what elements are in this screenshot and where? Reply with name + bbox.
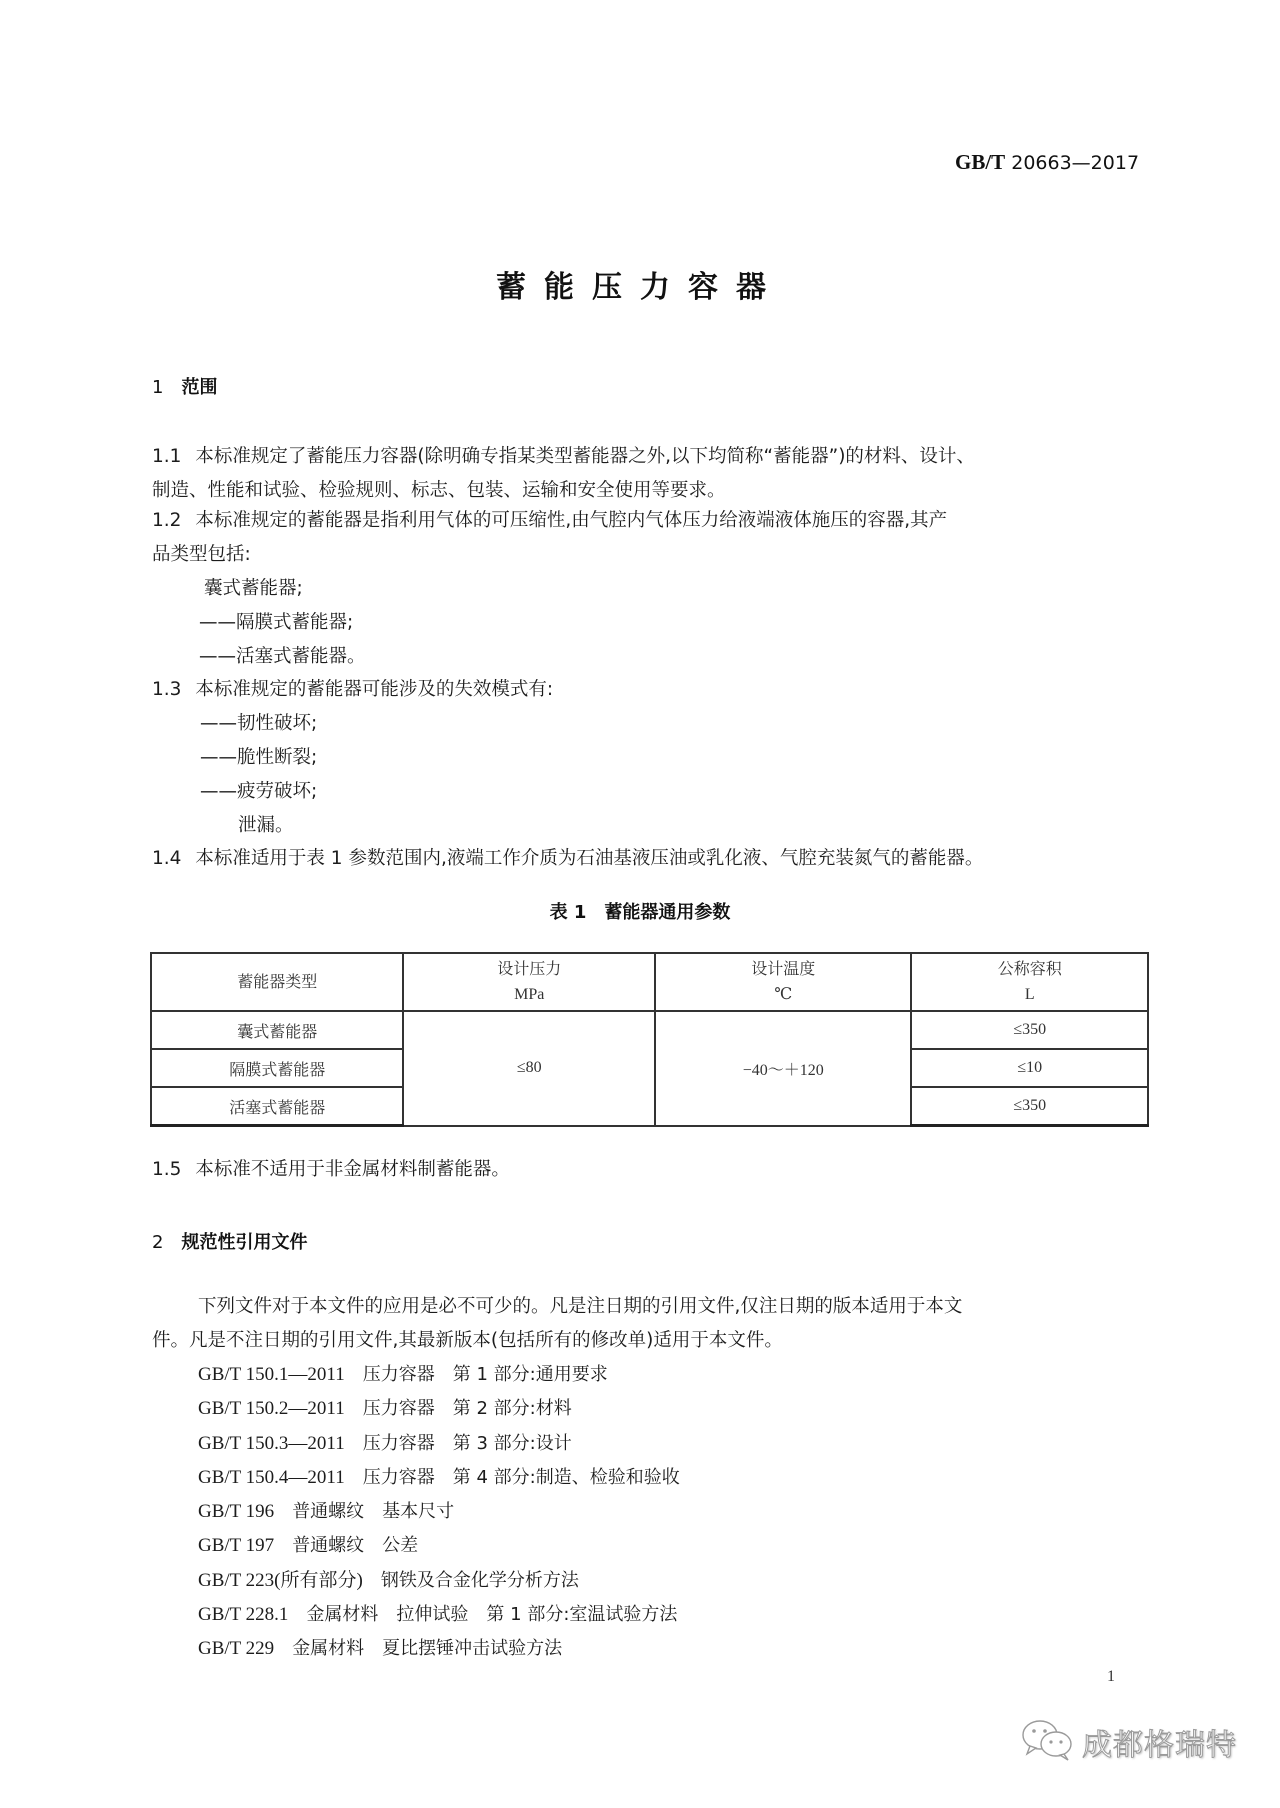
clause-1-1: 1.1本标准规定了蓄能压力容器(除明确专指某类型蓄能器之外,以下均简称“蓄能器”…: [152, 440, 975, 508]
reference-item: GB/T 228.1 金属材料 拉伸试验 第 1 部分:室温试验方法: [198, 1598, 680, 1632]
list-item: 囊式蓄能器;: [152, 572, 947, 606]
clause-text: 本标准适用于表 1 参数范围内,液端工作介质为石油基液压油或乳化液、气腔充装氮气…: [195, 848, 983, 869]
intro-text: 件。凡是不注日期的引用文件,其最新版本(包括所有的修改单)适用于本文件。: [152, 1324, 962, 1358]
clause-text: 制造、性能和试验、检验规则、标志、包装、运输和安全使用等要求。: [152, 474, 975, 508]
header-unit: ℃: [656, 982, 910, 1008]
clause-text: 本标准不适用于非金属材料制蓄能器。: [195, 1159, 510, 1180]
list-item: ——疲劳破坏;: [152, 775, 553, 809]
reference-code: GB/T 150.2—2011: [198, 1398, 345, 1419]
clause-1-4: 1.4本标准适用于表 1 参数范围内,液端工作介质为石油基液压油或乳化液、气腔充…: [152, 842, 983, 876]
reference-list: GB/T 150.1—2011 压力容器 第 1 部分:通用要求 GB/T 15…: [198, 1358, 680, 1667]
clause-number: 1.4: [152, 848, 181, 869]
clause-1-5: 1.5本标准不适用于非金属材料制蓄能器。: [152, 1153, 510, 1187]
table-header-row: 蓄能器类型 设计压力MPa 设计温度℃ 公称容积L: [151, 953, 1148, 1011]
reference-item: GB/T 150.3—2011 压力容器 第 3 部分:设计: [198, 1427, 680, 1461]
reference-code: GB/T 197: [198, 1535, 274, 1556]
table-title: 蓄能器通用参数: [604, 902, 730, 923]
reference-code: GB/T 229: [198, 1638, 274, 1659]
clause-1-3: 1.3本标准规定的蓄能器可能涉及的失效模式有: ——韧性破坏; ——脆性断裂; …: [152, 673, 553, 843]
reference-code: GB/T 228.1: [198, 1604, 288, 1625]
section-title: 范围: [181, 377, 217, 398]
reference-item: GB/T 229 金属材料 夏比摆锤冲击试验方法: [198, 1632, 680, 1666]
header-label: 设计压力: [404, 956, 654, 982]
clause-text: 品类型包括:: [152, 538, 947, 572]
cell-type: 囊式蓄能器: [151, 1011, 403, 1049]
header-label: 蓄能器类型: [237, 972, 317, 991]
header-temperature: 设计温度℃: [655, 953, 911, 1011]
cell-volume: ≤350: [911, 1011, 1148, 1049]
watermark-text: 成都格瑞特: [1082, 1720, 1237, 1764]
reference-code: GB/T 150.1—2011: [198, 1364, 345, 1385]
header-label: 设计温度: [656, 956, 910, 982]
table-row: 囊式蓄能器 ≤80 −40～＋120 ≤350: [151, 1011, 1148, 1049]
reference-item: GB/T 197 普通螺纹 公差: [198, 1529, 680, 1563]
reference-code: GB/T 150.3—2011: [198, 1433, 345, 1454]
standard-number: 20663—2017: [1011, 152, 1139, 174]
clause-number: 1.5: [152, 1159, 181, 1180]
reference-title: 压力容器 第 4 部分:制造、检验和验收: [363, 1467, 680, 1488]
section-number: 1: [152, 377, 163, 398]
reference-title: 普通螺纹 基本尺寸: [292, 1501, 454, 1522]
section-title: 规范性引用文件: [181, 1232, 307, 1253]
clause-number: 1.2: [152, 510, 181, 531]
header-pressure: 设计压力MPa: [403, 953, 655, 1011]
header-volume: 公称容积L: [911, 953, 1148, 1011]
reference-item: GB/T 150.4—2011 压力容器 第 4 部分:制造、检验和验收: [198, 1461, 680, 1495]
clause-text: 本标准规定的蓄能器是指利用气体的可压缩性,由气腔内气体压力给液端液体施压的容器,…: [195, 510, 947, 531]
reference-code: GB/T 150.4—2011: [198, 1467, 345, 1488]
reference-item: GB/T 150.2—2011 压力容器 第 2 部分:材料: [198, 1392, 680, 1426]
header-unit: MPa: [404, 982, 654, 1008]
list-item: ——活塞式蓄能器。: [199, 640, 995, 674]
reference-title: 钢铁及合金化学分析方法: [381, 1570, 579, 1591]
wechat-icon: [1020, 1718, 1076, 1766]
list-item: ——韧性破坏;: [152, 707, 553, 741]
table-number: 表 1: [550, 902, 587, 923]
cell-volume: ≤350: [911, 1087, 1148, 1126]
cell-type: 活塞式蓄能器: [151, 1087, 403, 1126]
list-item: ——脆性断裂;: [152, 741, 553, 775]
reference-title: 金属材料 夏比摆锤冲击试验方法: [292, 1638, 562, 1659]
list-item: 泄漏。: [152, 809, 553, 843]
reference-title: 普通螺纹 公差: [292, 1535, 418, 1556]
reference-item: GB/T 223(所有部分) 钢铁及合金化学分析方法: [198, 1564, 680, 1598]
reference-title: 金属材料 拉伸试验 第 1 部分:室温试验方法: [306, 1604, 677, 1625]
reference-item: GB/T 196 普通螺纹 基本尺寸: [198, 1495, 680, 1529]
page-number: 1: [1107, 1668, 1115, 1686]
header-type: 蓄能器类型: [151, 953, 403, 1011]
clause-number: 1.1: [152, 446, 181, 467]
header-unit: L: [912, 982, 1147, 1008]
cell-temperature: −40～＋120: [655, 1011, 911, 1126]
reference-code: GB/T 223(所有部分): [198, 1570, 363, 1591]
clause-text: 本标准规定的蓄能器可能涉及的失效模式有:: [195, 679, 553, 700]
document-title: 蓄能压力容器: [0, 262, 1280, 306]
list-item: ——隔膜式蓄能器;: [199, 606, 995, 640]
intro-text: 下列文件对于本文件的应用是必不可少的。凡是注日期的引用文件,仅注日期的版本适用于…: [152, 1290, 962, 1324]
clause-1-2: 1.2本标准规定的蓄能器是指利用气体的可压缩性,由气腔内气体压力给液端液体施压的…: [152, 504, 947, 674]
standard-prefix: GB/T: [955, 150, 1005, 174]
standard-code: GB/T 20663—2017: [955, 150, 1139, 175]
section-1-heading: 1范围: [152, 373, 217, 399]
header-label: 公称容积: [912, 956, 1147, 982]
section-2-heading: 2规范性引用文件: [152, 1228, 307, 1254]
reference-code: GB/T 196: [198, 1501, 274, 1522]
reference-title: 压力容器 第 3 部分:设计: [363, 1433, 572, 1454]
section-2-intro: 下列文件对于本文件的应用是必不可少的。凡是注日期的引用文件,仅注日期的版本适用于…: [152, 1290, 962, 1358]
cell-type: 隔膜式蓄能器: [151, 1049, 403, 1087]
table-caption: 表 1蓄能器通用参数: [0, 898, 1280, 924]
watermark: 成都格瑞特: [1020, 1718, 1237, 1766]
parameters-table: 蓄能器类型 设计压力MPa 设计温度℃ 公称容积L 囊式蓄能器 ≤80 −40～…: [150, 952, 1149, 1127]
clause-number: 1.3: [152, 679, 181, 700]
reference-title: 压力容器 第 1 部分:通用要求: [363, 1364, 608, 1385]
section-number: 2: [152, 1232, 163, 1253]
list-item-wrap: ——隔膜式蓄能器; ——活塞式蓄能器。: [152, 606, 995, 674]
cell-volume: ≤10: [911, 1049, 1148, 1087]
clause-text: 本标准规定了蓄能压力容器(除明确专指某类型蓄能器之外,以下均简称“蓄能器”)的材…: [195, 446, 975, 467]
reference-item: GB/T 150.1—2011 压力容器 第 1 部分:通用要求: [198, 1358, 680, 1392]
reference-title: 压力容器 第 2 部分:材料: [363, 1398, 572, 1419]
cell-pressure: ≤80: [403, 1011, 655, 1126]
